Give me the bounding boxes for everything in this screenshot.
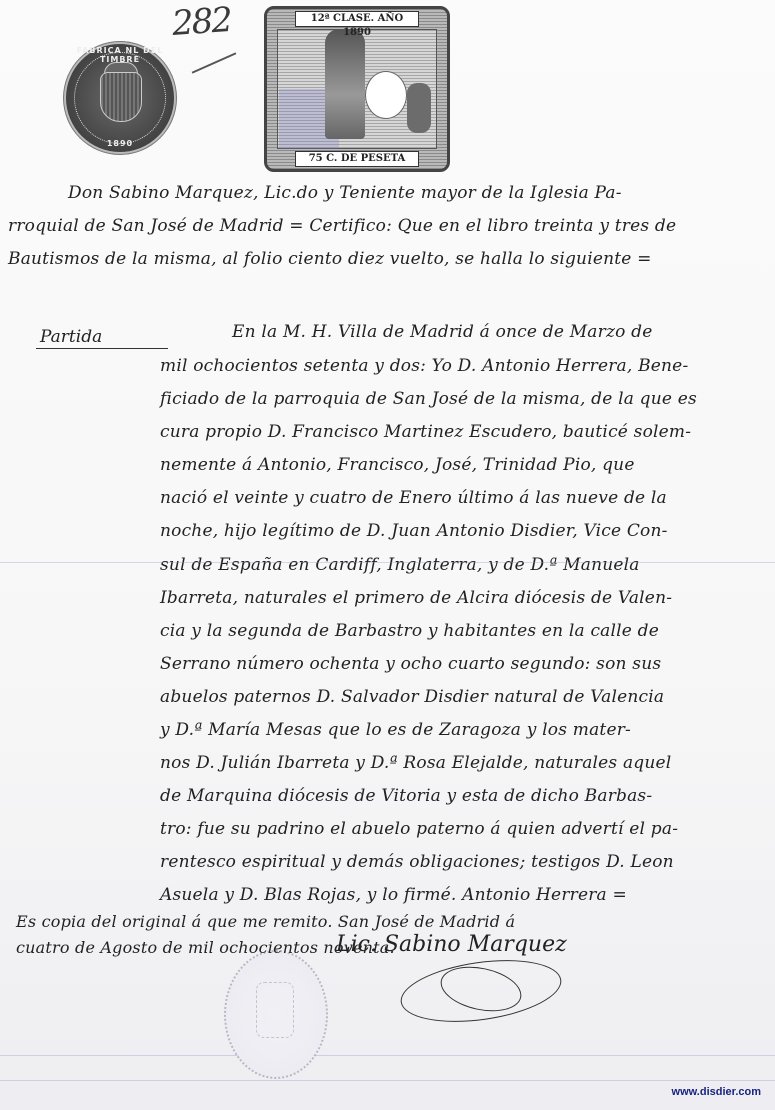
entry-line: noche, hijo legítimo de D. Juan Antonio … [160, 521, 668, 541]
entry-line: nemente á Antonio, Francisco, José, Trin… [160, 455, 635, 475]
entry-line: tro: fue su padrino el abuelo paterno á … [160, 819, 678, 839]
entry-line: rentesco espiritual y demás obligaciones… [160, 852, 674, 872]
parish-ink-seal-icon [224, 950, 328, 1079]
closing-line: cuatro de Agosto de mil ochocientos nove… [16, 938, 395, 957]
scan-streak [0, 562, 775, 563]
scan-streak [0, 1080, 775, 1081]
entry-line: y D.ª María Mesas que lo es de Zaragoza … [160, 720, 631, 740]
cherub-figure-icon [407, 83, 431, 133]
entry-line: cura propio D. Francisco Martinez Escude… [160, 422, 691, 442]
entry-line: abuelos paternos D. Salvador Disdier nat… [160, 687, 664, 707]
entry-line: Asuela y D. Blas Rojas, y lo firmé. Anto… [160, 885, 627, 905]
scan-streak [0, 1055, 775, 1056]
embossed-seal-icon: FABRICA NL DEL TIMBRE 1890 [64, 42, 176, 154]
margin-underline [36, 348, 168, 349]
coat-of-arms-icon [100, 72, 142, 122]
stamp-header: 12ª CLASE. AÑO 1890 [295, 11, 419, 27]
folio-dash [192, 52, 237, 73]
stamp-punch-hole [365, 71, 407, 119]
entry-line: cia y la segunda de Barbastro y habitant… [160, 621, 659, 641]
entry-line: Serrano número ochenta y ocho cuarto seg… [160, 654, 661, 674]
mercury-figure-icon [325, 29, 365, 139]
entry-line: En la M. H. Villa de Madrid á once de Ma… [232, 322, 653, 342]
revenue-stamp: 12ª CLASE. AÑO 1890 75 C. DE PESETA [264, 6, 450, 172]
closing-line: Es copia del original á que me remito. S… [16, 912, 515, 931]
entry-line: Ibarreta, naturales el primero de Alcira… [160, 588, 672, 608]
entry-line: mil ochocientos setenta y dos: Yo D. Ant… [160, 356, 688, 376]
entry-line: nació el veinte y cuatro de Enero último… [160, 488, 667, 508]
entry-line: ficiado de la parroquia de San José de l… [160, 389, 697, 409]
seal-emblem [256, 982, 294, 1038]
margin-label-partida: Partida [40, 327, 102, 347]
entry-line: nos D. Julián Ibarreta y D.ª Rosa Elejal… [160, 753, 671, 773]
intro-line: Bautismos de la misma, al folio ciento d… [8, 249, 652, 269]
intro-line: rroquial de San José de Madrid = Certifi… [8, 216, 676, 236]
seal-year: 1890 [64, 139, 176, 148]
stamp-footer: 75 C. DE PESETA [295, 151, 419, 167]
intro-line: Don Sabino Marquez, Lic.do y Teniente ma… [68, 183, 622, 203]
folio-number: 282 [171, 0, 233, 44]
website-watermark: www.disdier.com [672, 1086, 761, 1098]
entry-line: sul de España en Cardiff, Inglaterra, y … [160, 555, 640, 575]
entry-line: de Marquina diócesis de Vitoria y esta d… [160, 786, 652, 806]
